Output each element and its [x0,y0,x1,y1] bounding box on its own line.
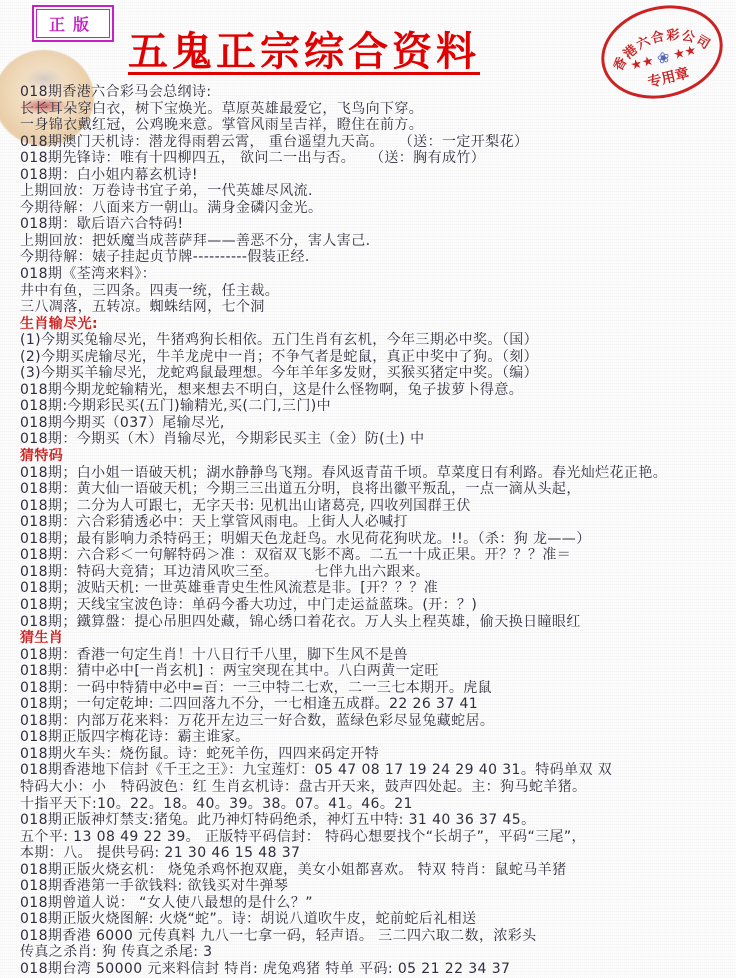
genuine-badge: 正版 [36,9,110,38]
document-page: 正版 五鬼正宗综合资料 香港六合彩公司 ★★ ❀ ★★ 专用章 018期香港六合… [0,0,736,978]
text-line: 今期待解：八面来方一朝山。满身金磷闪金光。 [20,200,732,217]
text-line: 018期正版神灯禁支:猪兔。此乃神灯特码绝杀，神灯五中特: 31 40 36 3… [20,812,732,829]
text-line: 018期《荃湾来料》： [20,266,732,283]
text-line: 018期：猜中必中[一肖玄机] ：两宝突现在其中。八白两黄一定旺 [20,663,732,680]
text-line: 五个平: 13 08 49 22 39。 正版特平码信封： 特码心想要找个“长胡… [20,829,732,846]
text-line: 三八凋落，五转凉。蜘蛛结网，七个洞 [20,299,732,316]
text-line: 018期；波贴天机: 一世英雄垂青史生性风流惹是非。[开？？？准 [20,580,732,597]
text-line: 018期；鐵算盤：提心吊胆四处藏，锦心绣口着花衣。万人头上程英雄，偷天换日瞳眼红 [20,614,732,631]
text-line: 018期正版火烧图解: 火烧“蛇”。诗：胡说八道吹牛皮，蛇前蛇后礼相送 [20,911,732,928]
text-line: 018期：六合彩＜一句解特码＞准 ：双宿双飞影不离。二五一十成正果。开？？？准＝ [20,547,732,564]
text-line: 018期火车头：烧伤鼠。诗：蛇死羊伤，四四来码定开特 [20,746,732,763]
text-line: 018期；白小姐一语破天机；湖水静静鸟飞翔。春风返青苗千顷。草菜度日有利路。春光… [20,465,732,482]
text-line: 018期曾道人说： “女人使八最想的是什么？” [20,895,732,912]
text-line: 特码大小：小 特码波色：红 生肖玄机诗：盘古开天来，鼓声四处起。主：狗马蛇羊猪。 [20,779,732,796]
section-heading: 猜生肖 [20,630,732,647]
text-line: 井中有鱼，三四条。四夷一统，任主裁。 [20,283,732,300]
text-line: 018期：内部万花来料：万花开左边三一好合数，蓝绿色彩尽显兔藏蛇居。 [20,713,732,730]
text-line: 018期澳门天机诗：潜龙得雨碧云霄， 重台遥望九天高。 （送：一定开梨花） [20,134,732,151]
page-title: 五鬼正宗综合资料 [128,20,480,77]
section-heading: 猜特码 [20,448,732,465]
text-line: 上期回放：把妖魔当成菩萨拜——善恶不分，害人害己. [20,233,732,250]
text-line: 传真之杀肖: 狗 传真之杀尾: 3 [20,944,732,961]
seal-flower-emblem-icon: ❀ [655,48,672,69]
seal-stars-right-icon: ★★ [672,43,698,63]
text-line: 018期台湾 50000 元来料信封 特肖: 虎兔鸡猪 特单 平码: 05 21… [20,961,732,978]
text-line: 018期香港 6000 元传真料 九八一七拿一码，轻声语。 三二四六取二数，浓彩… [20,928,732,945]
text-line: 018期：六合彩猜透必中：天上掌管风雨电。上街人人必喊打 [20,514,732,531]
section-heading: 生肖输尽光: [20,316,732,333]
text-line: 今期待解：婊子挂起贞节牌----------假装正经. [20,249,732,266]
text-line: 018期先锋诗：唯有十四柳四五， 欲问二一出与否。 （送：胸有成竹） [20,150,732,167]
text-line: 018期香港第一手欲钱料: 欲钱买对牛弹琴 [20,878,732,895]
text-line: 018期：黄大仙一语破天机；今期三三出道五分明，良将出徽平叛乱，一点一滴从头起， [20,481,732,498]
text-line: (2)今期买虎输尽光，牛羊龙虎中一肖；不争气者是蛇鼠，真正中奖中了狗。（刻） [20,349,732,366]
text-line: 018期：白小姐内幕玄机诗! [20,167,732,184]
text-line: 一身锦衣戴红冠，公鸡晚来意。掌管风雨呈吉祥，瞪住在前方。 [20,117,732,134]
document-body: 018期香港六合彩马会总纲诗:长长耳朵穿白衣，树下宝焕光。草原英雄最爱它，飞鸟向… [20,84,732,978]
text-line: (3)今期买羊输尽光，龙蛇鸡鼠最理想。今年羊年多发财，买猴买猪定中奖。（编） [20,365,732,382]
genuine-badge-label: 正版 [49,15,97,34]
text-line: 018期：一码中特猜中必中=百：一三中特二七欢，二一三七本期开。虎鼠 [20,680,732,697]
text-line: 018期；最有影响力杀特码王；明媚天色龙赶鸟。水见荷花狗吠龙。!!。（杀：狗 龙… [20,531,732,548]
text-line: 018期：香港一句定生肖！十八日行千八里，脚下生风不是兽 [20,647,732,664]
text-line: 018期今期买（037）尾输尽光, [20,415,732,432]
text-line: 018期；天线宝宝波色诗：单码今番大功过，中门走运益蓝珠。(开：？) [20,597,732,614]
text-line: 018期正版四字梅花诗：霸主谁家。 [20,729,732,746]
text-line: 本期：八。 提供号码: 21 30 46 15 48 37 [20,845,732,862]
text-line: (1)今期买兔输尽光，牛猪鸡狗长相依。五门生肖有玄机，今年三期必中奖。（国） [20,332,732,349]
text-line: 018期：歇后语六合特码! [20,216,732,233]
text-line: 018期；二分为人可跟七，无字天书: 见机出山诸葛亮, 四收列国群王伏 [20,498,732,515]
text-line: 018期:今期彩民买(五门)输精光,买(二门,三门)中 [20,398,732,415]
text-line: 十指平天下:10。22。18。40。39。38。07。41。46。21 [20,796,732,813]
text-line: 018期正版火烧玄机： 烧兔杀鸡怀抱双鹿，美女小姐都喜欢。 特双 特肖：鼠蛇马羊… [20,862,732,879]
text-line: 018期；一句定乾坤: 二四回落九不分，一七相逢五成群。22 26 37 41 [20,696,732,713]
text-line: 018期：今期买（木）肖输尽光，今期彩民买主（金）防(土) 中 [20,431,732,448]
text-line: 上期回放：万卷诗书宜子弟，一代英雄尽风流. [20,183,732,200]
text-line: 018期今期龙蛇输精光，想来想去不明白，这是什么怪物啊，兔子拔萝卜得意。 [20,382,732,399]
text-line: 018期香港地下信封《千王之王》：九宝莲灯：05 47 08 17 19 24 … [20,762,732,779]
text-line: 018期：特码大竞猜；耳边清风吹三至。 七伴九出六跟来。 [20,564,732,581]
